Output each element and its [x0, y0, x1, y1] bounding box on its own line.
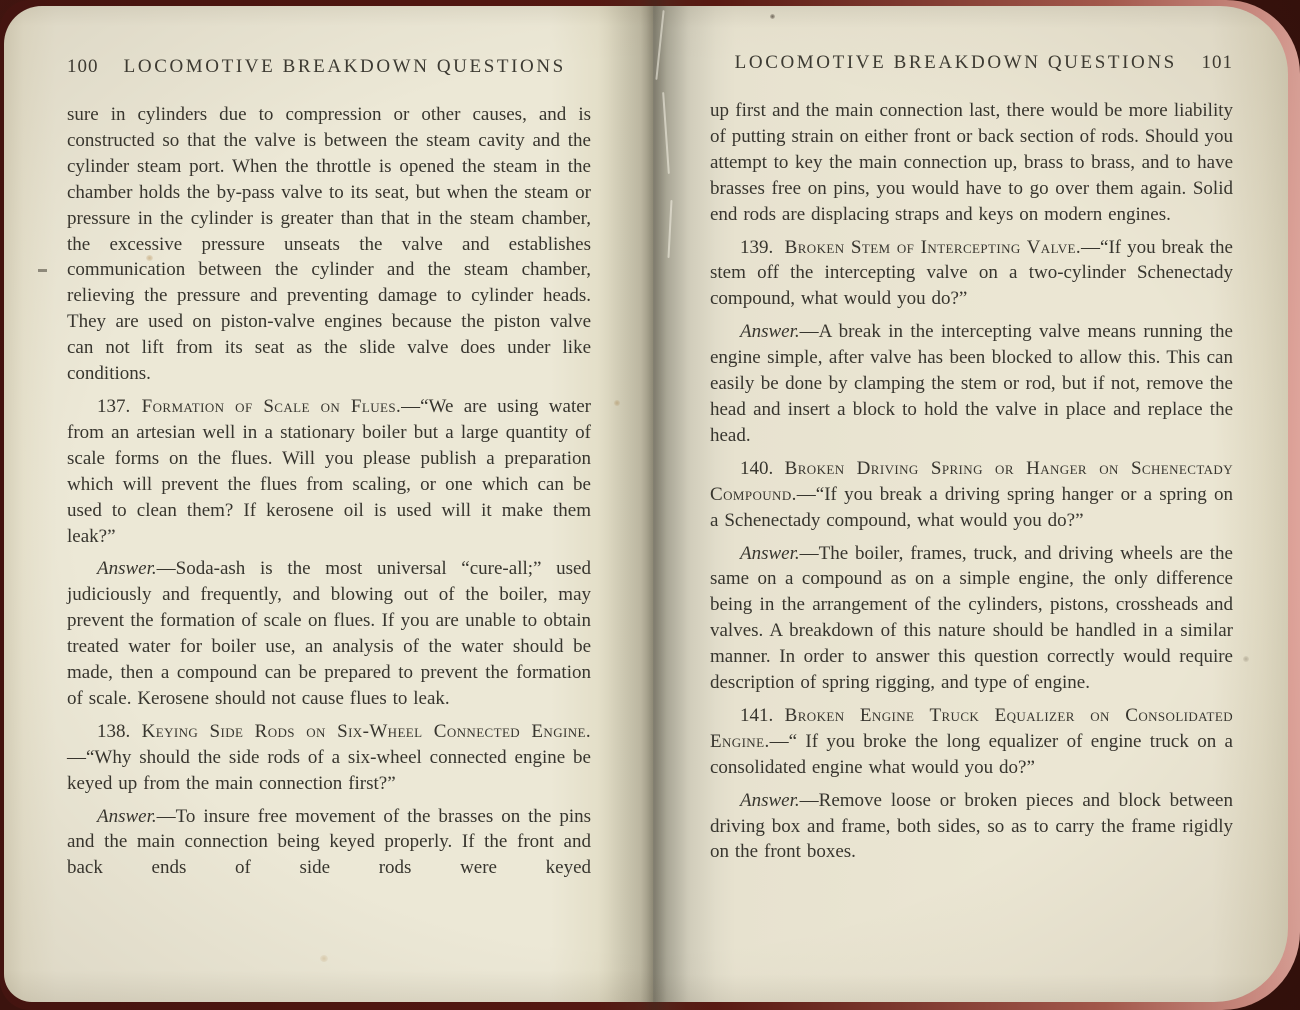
answer-label: Answer.: [740, 790, 800, 811]
question-number: 141.: [740, 705, 773, 726]
running-title: LOCOMOTIVE BREAKDOWN QUESTIONS: [99, 56, 592, 78]
body-text: sure in cylinders due to compression or …: [67, 104, 591, 384]
answer-text: —Soda-ash is the most universal “cure-al…: [67, 558, 591, 709]
running-head-right: LOCOMOTIVE BREAKDOWN QUESTIONS 101: [710, 52, 1233, 74]
left-page: 100 LOCOMOTIVE BREAKDOWN QUESTIONS sure …: [4, 6, 653, 1002]
question-number: 137.: [97, 396, 130, 417]
answer-label: Answer.: [740, 543, 800, 564]
question-block-138: 138.Keying Side Rods on Six-Wheel Connec…: [67, 719, 591, 797]
answer-label: Answer.: [97, 558, 157, 579]
question-block-141: 141.Broken Engine Truck Equalizer on Con…: [710, 703, 1233, 781]
question-block-137: 137.Formation of Scale on Flues.—“We are…: [67, 394, 591, 549]
paragraph-continuation: sure in cylinders due to compression or …: [67, 102, 591, 387]
question-number: 138.: [97, 721, 130, 742]
question-number: 140.: [740, 458, 773, 479]
answer-block-138: Answer.—To insure free movement of the b…: [67, 804, 591, 882]
answer-label: Answer.: [740, 321, 800, 342]
paragraph-continuation: up first and the main connection last, t…: [710, 98, 1233, 228]
page-number: 101: [1202, 52, 1234, 74]
answer-text: —The boiler, frames, truck, and driving …: [710, 543, 1233, 694]
left-page-content: 100 LOCOMOTIVE BREAKDOWN QUESTIONS sure …: [4, 6, 653, 1002]
question-number: 139.: [740, 237, 773, 258]
answer-block-141: Answer.—Remove loose or broken pieces an…: [710, 788, 1233, 866]
body-text: up first and the main connection last, t…: [710, 100, 1233, 225]
right-page: LOCOMOTIVE BREAKDOWN QUESTIONS 101 up fi…: [653, 6, 1288, 1002]
running-head-left: 100 LOCOMOTIVE BREAKDOWN QUESTIONS: [67, 56, 591, 78]
answer-block-139: Answer.—A break in the intercepting valv…: [710, 319, 1233, 449]
question-block-140: 140.Broken Driving Spring or Hanger on S…: [710, 456, 1233, 534]
answer-block-140: Answer.—The boiler, frames, truck, and d…: [710, 541, 1233, 696]
answer-block-137: Answer.—Soda-ash is the most universal “…: [67, 556, 591, 711]
question-block-139: 139.Broken Stem of Intercepting Valve.—“…: [710, 235, 1233, 313]
page-number: 100: [67, 56, 99, 78]
question-text: —“ If you broke the long equalizer of en…: [710, 731, 1233, 778]
question-text: —“Why should the side rods of a six-whee…: [67, 747, 591, 794]
answer-label: Answer.: [97, 806, 157, 827]
question-heading: Broken Stem of Intercepting Valve.: [785, 237, 1081, 258]
right-page-content: LOCOMOTIVE BREAKDOWN QUESTIONS 101 up fi…: [653, 6, 1288, 1002]
book-spread: 100 LOCOMOTIVE BREAKDOWN QUESTIONS sure …: [0, 0, 1300, 1010]
question-heading: Formation of Scale on Flues.: [142, 396, 401, 417]
question-text: —“We are using water from an artesian we…: [67, 396, 591, 547]
running-title: LOCOMOTIVE BREAKDOWN QUESTIONS: [710, 52, 1202, 74]
question-heading: Keying Side Rods on Six-Wheel Connected …: [142, 721, 591, 742]
